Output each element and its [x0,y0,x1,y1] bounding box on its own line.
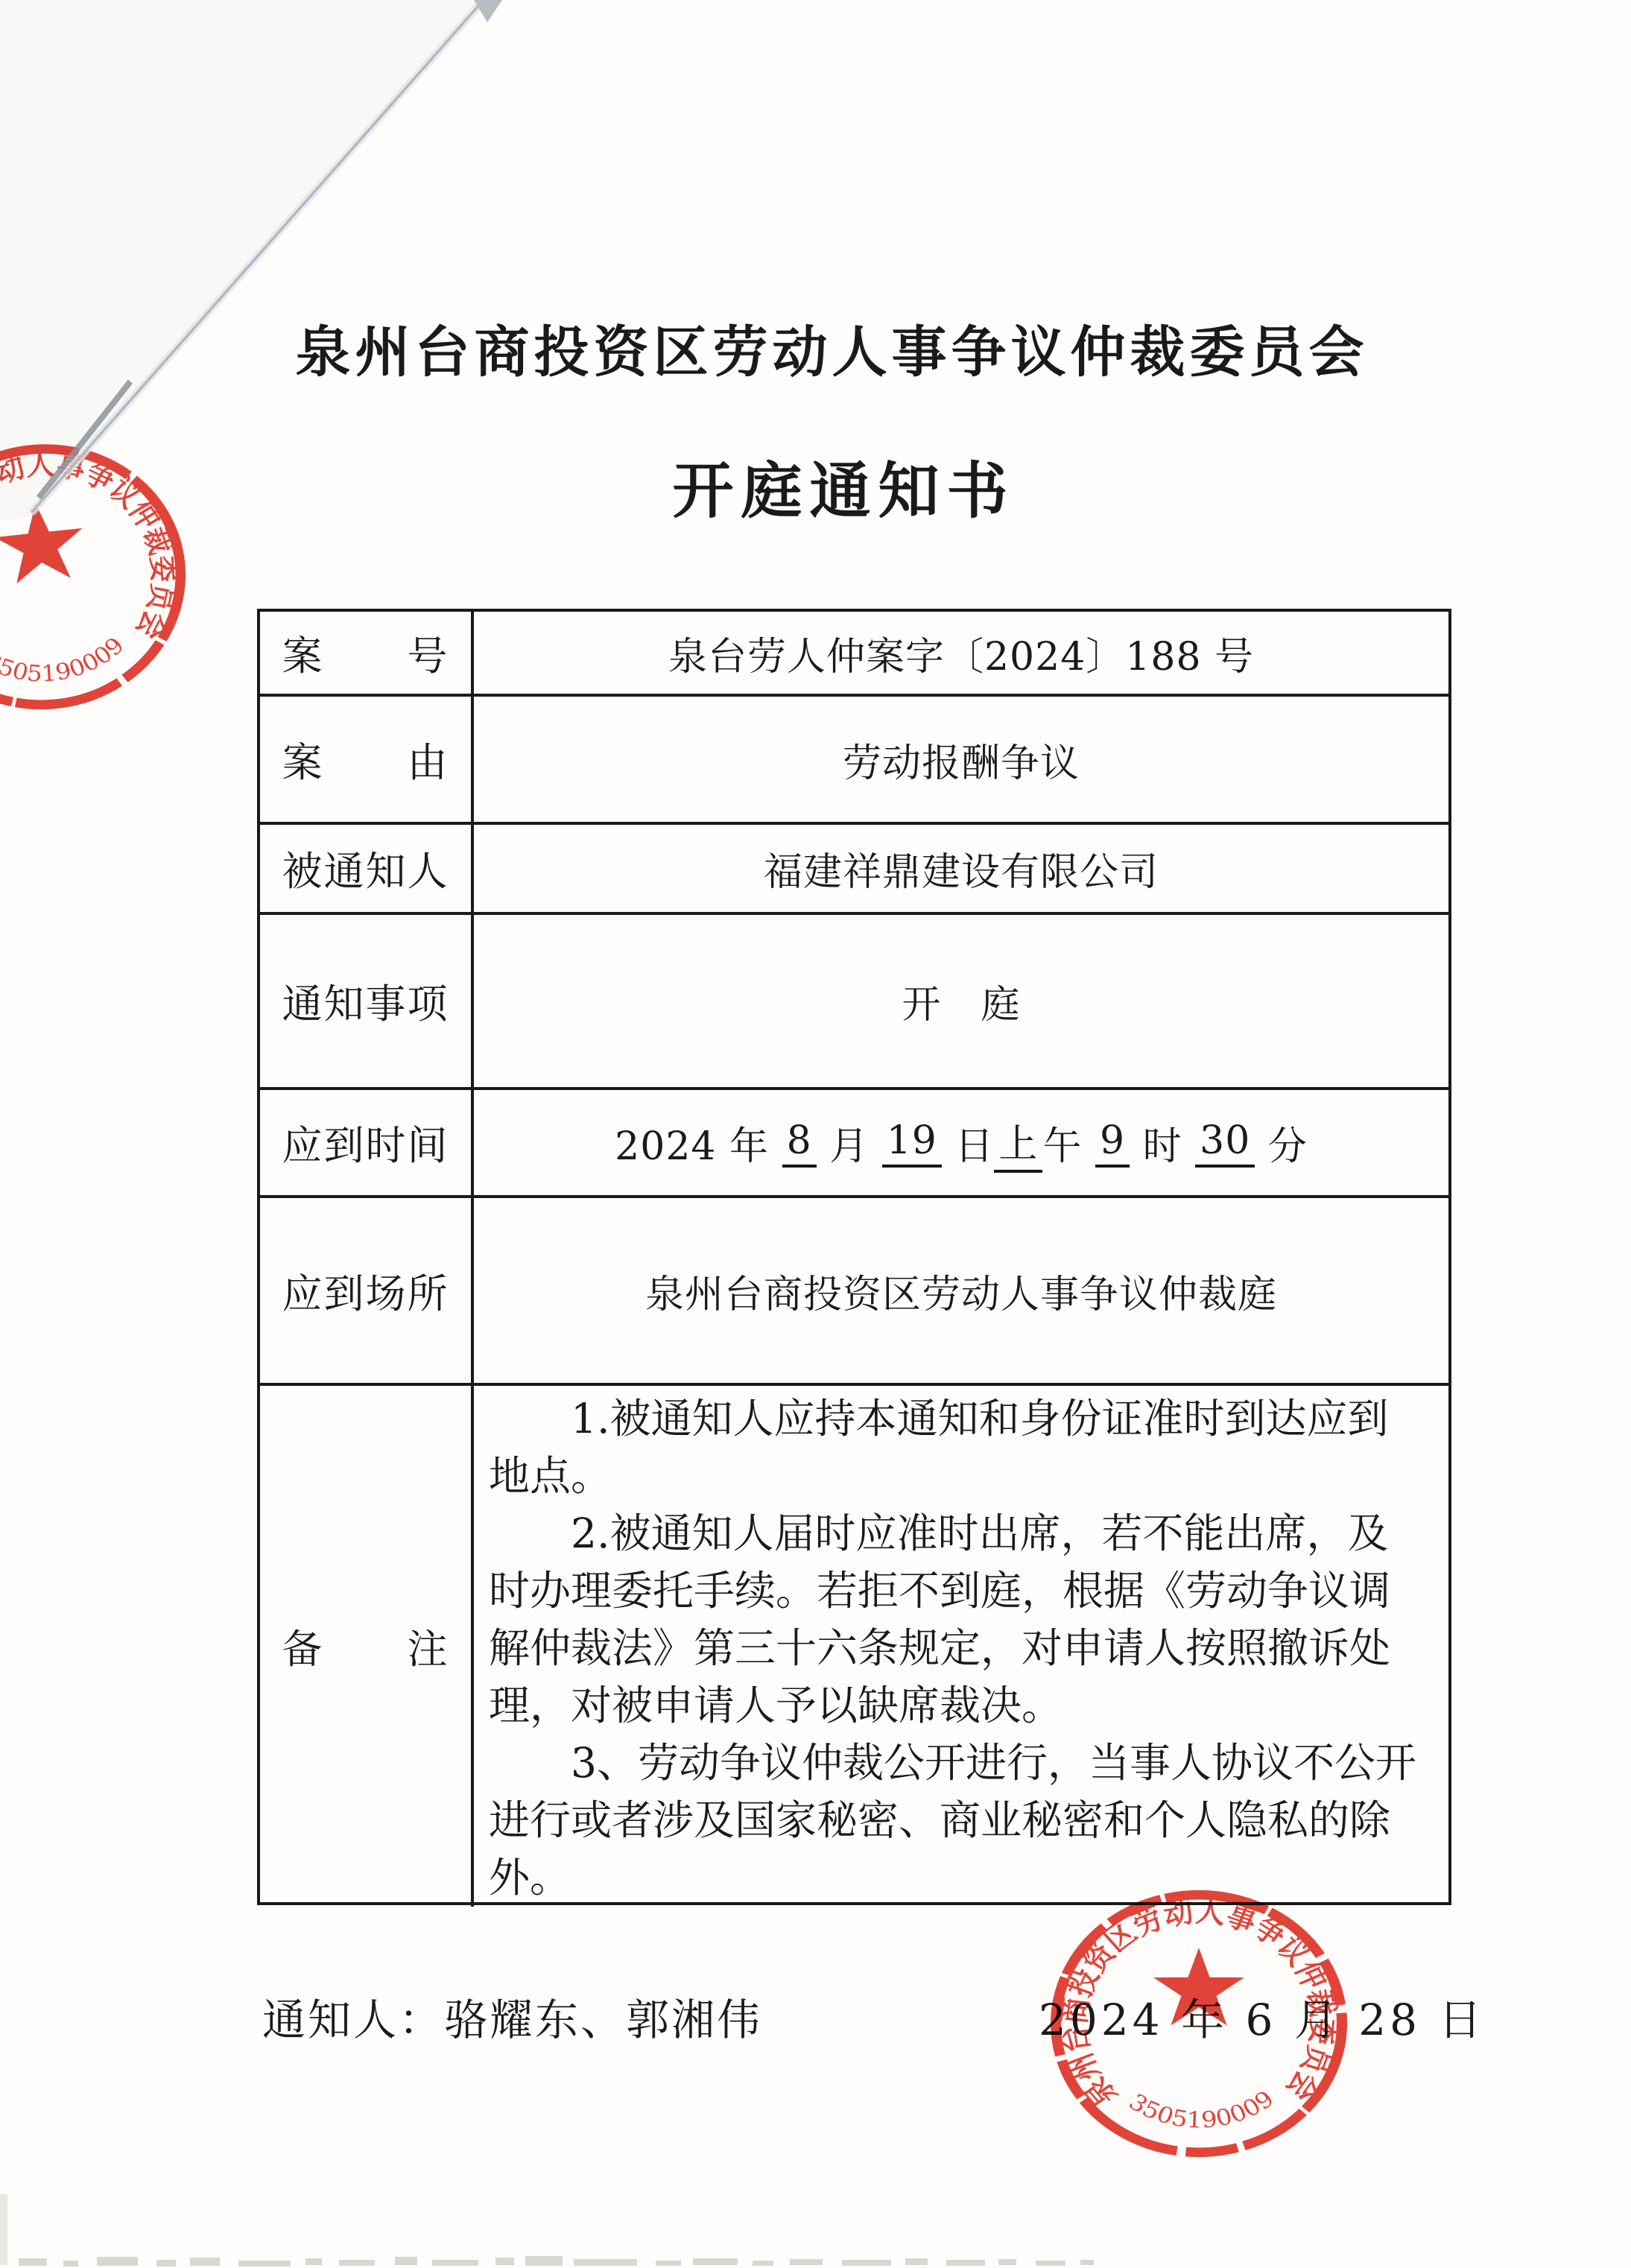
fold-notch [474,0,502,22]
official-seal-stamp-right: 泉州台商投资区劳动人事争议仲裁委员会 3505190009036 [1035,1875,1363,2180]
filled-blank-underlined: 上 [994,1112,1042,1173]
row-label-notified-party: 被通知人 [260,825,474,915]
date-text-segment: 月 [817,1115,882,1171]
row-value-notice-matter: 开 庭 [474,915,1448,1090]
official-seal-stamp-left: 泉州台商投资区劳动人事争议仲裁委员会 3505190009036 [0,416,218,744]
seal-serial-number: 3505190009036 [1124,2004,1279,2134]
row-label-remarks: 备 注 [260,1386,474,1907]
notice-table: 案 号 泉台劳人仲案字〔2024〕188 号 案 由 劳动报酬争议 被通知人 福… [257,609,1451,1905]
star-icon [0,498,87,585]
svg-text:3505190009036: 3505190009036 [1124,2004,1279,2134]
filled-blank-underlined: 30 [1195,1118,1255,1168]
row-value-appear-time: 2024 年 8 月 19 日上午 9 时 30 分 [474,1090,1448,1198]
star-icon [1153,1948,1244,2025]
date-text-segment: 午 [1042,1115,1095,1171]
row-value-remarks: 1.被通知人应持本通知和身份证准时到达应到 地点。 2.被通知人届时应准时出席，… [474,1386,1448,1907]
row-label-notice-matter: 通知事项 [260,915,474,1090]
date-text-segment: 2024 年 [615,1115,782,1171]
left-edge-smear [0,2194,7,2265]
notifier-line: 通知人：骆耀东、郭湘伟 [262,1985,762,2047]
document-title: 开庭通知书 [28,443,1631,530]
filled-blank-underlined: 8 [782,1118,817,1168]
filled-blank-underlined: 19 [882,1118,942,1168]
filled-blank-underlined: 9 [1095,1118,1130,1168]
date-text-segment: 日 [942,1115,995,1171]
bottom-edge-smudges [19,2256,1094,2267]
scanned-document-page: 泉州台商投资区劳动人事争议仲裁委员会 开庭通知书 案 号 泉台劳人仲案字〔202… [0,0,1631,2268]
row-label-case-cause: 案 由 [260,697,474,825]
organization-title: 泉州台商投资区劳动人事争议仲裁委员会 [16,308,1631,387]
row-value-appear-place: 泉州台商投资区劳动人事争议仲裁庭 [474,1198,1448,1386]
row-value-case-cause: 劳动报酬争议 [474,697,1448,825]
row-value-case-number: 泉台劳人仲案字〔2024〕188 号 [474,612,1448,697]
row-label-appear-place: 应到场所 [260,1198,474,1386]
date-text-segment: 时 [1130,1115,1195,1171]
row-label-case-number: 案 号 [260,612,474,697]
row-label-appear-time: 应到时间 [260,1090,474,1198]
row-value-notified-party: 福建祥鼎建设有限公司 [474,825,1448,915]
date-text-segment: 分 [1255,1115,1308,1171]
